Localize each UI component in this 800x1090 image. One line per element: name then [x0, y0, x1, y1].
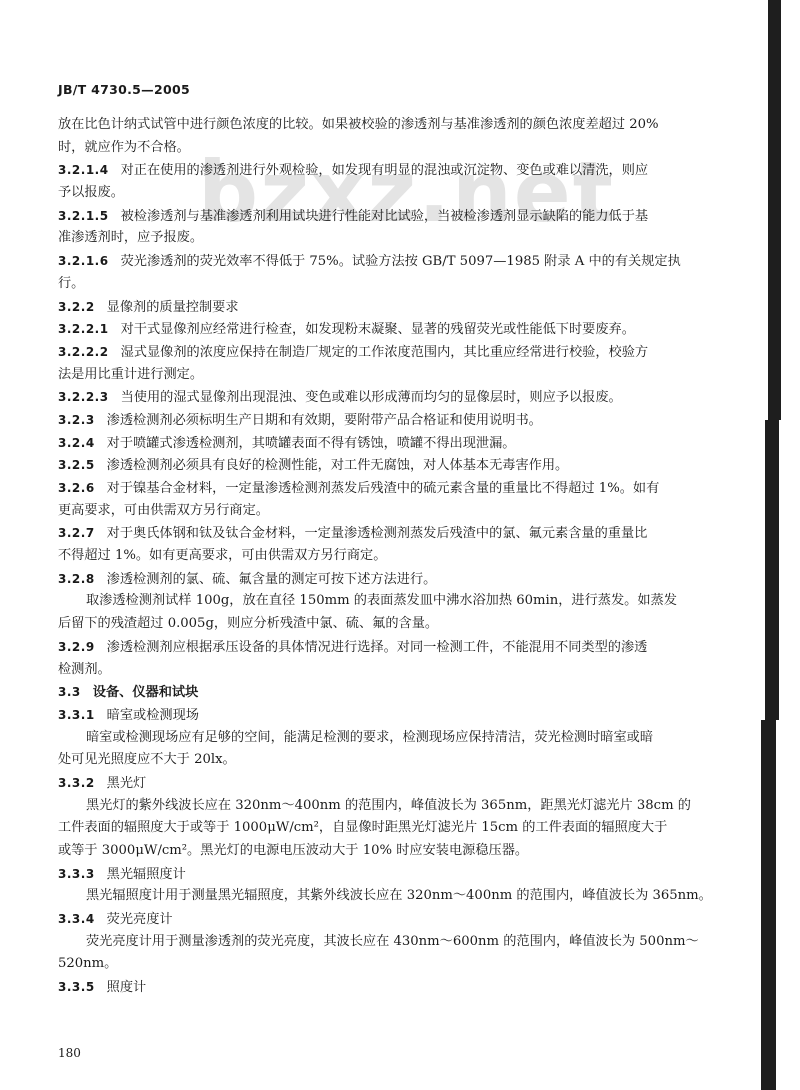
- text-line: 黑光灯的紫外线波长应在 320nm～400nm 的范围内，峰值波长为 365nm…: [58, 795, 744, 818]
- clause-line: 3.3.4荧光亮度计: [58, 908, 744, 931]
- text-line: 予以报废。: [58, 182, 744, 205]
- clause-number: 3.2.5: [58, 454, 95, 477]
- scan-edge-bar: [768, 0, 781, 420]
- line-text: 后留下的残渣超过 0.005g，则应分析残渣中氯、硫、氟的含量。: [58, 616, 438, 631]
- scan-edge-bar: [765, 420, 779, 720]
- clause-number: 3.3.1: [58, 704, 95, 727]
- text-line: 更高要求，可由供需双方另行商定。: [58, 500, 744, 523]
- clause-line: 3.3.2黑光灯: [58, 772, 744, 795]
- text-line: 取渗透检测剂试样 100g，放在直径 150mm 的表面蒸发皿中沸水浴加热 60…: [58, 590, 744, 613]
- document-body: 放在比色计纳式试管中进行颜色浓度的比较。如果被校验的渗透剂与基准渗透剂的颜色浓度…: [58, 114, 744, 999]
- page-number: 180: [58, 1046, 81, 1060]
- clause-line: 3.3.3黑光辐照度计: [58, 863, 744, 886]
- line-text: 对干式显像剂应经常进行检查，如发现粉末凝聚、显著的残留荧光或性能低下时要废弃。: [121, 322, 635, 337]
- clause-number: 3.3: [58, 681, 81, 704]
- line-text: 时，就应作为不合格。: [58, 140, 190, 155]
- line-text: 渗透检测剂必须具有良好的检测性能，对工件无腐蚀，对人体基本无毒害作用。: [107, 458, 569, 473]
- clause-number: 3.2.2.3: [58, 386, 109, 409]
- clause-line: 3.2.2显像剂的质量控制要求: [58, 296, 744, 319]
- clause-line: 3.2.2.2湿式显像剂的浓度应保持在制造厂规定的工作浓度范围内，其比重应经常进…: [58, 341, 744, 364]
- clause-line: 3.2.6对于镍基合金材料，一定量渗透检测剂蒸发后残渣中的硫元素含量的重量比不得…: [58, 477, 744, 500]
- standard-header: JB/T 4730.5—2005: [58, 82, 190, 97]
- clause-number: 3.2.8: [58, 568, 95, 591]
- clause-line: 3.3.5照度计: [58, 976, 744, 999]
- clause-line: 3.2.8渗透检测剂的氯、硫、氟含量的测定可按下述方法进行。: [58, 568, 744, 591]
- line-text: 工件表面的辐照度大于或等于 1000μW/cm²，自显像时距黑光灯滤光片 15c…: [58, 820, 667, 835]
- text-line: 后留下的残渣超过 0.005g，则应分析残渣中氯、硫、氟的含量。: [58, 613, 744, 636]
- line-text: 不得超过 1%。如有更高要求，可由供需双方另行商定。: [58, 548, 386, 563]
- scan-edge-bar: [761, 720, 776, 1090]
- line-text: 对于喷罐式渗透检测剂，其喷罐表面不得有锈蚀，喷罐不得出现泄漏。: [107, 436, 516, 451]
- text-line: 时，就应作为不合格。: [58, 137, 744, 160]
- line-text: 或等于 3000μW/cm²。黑光灯的电源电压波动大于 10% 时应安装电源稳压…: [58, 843, 528, 858]
- line-text: 法是用比重计进行测定。: [58, 367, 203, 382]
- clause-number: 3.3.4: [58, 908, 95, 931]
- clause-line: 3.3设备、仪器和试块: [58, 681, 744, 704]
- clause-line: 3.2.1.6荧光渗透剂的荧光效率不得低于 75%。试验方法按 GB/T 509…: [58, 250, 744, 273]
- line-text: 荧光亮度计用于测量渗透剂的荧光亮度，其波长应在 430nm～600nm 的范围内…: [86, 934, 699, 949]
- clause-number: 3.3.2: [58, 772, 95, 795]
- clause-number: 3.2.6: [58, 477, 95, 500]
- line-text: 黑光辐照度计用于测量黑光辐照度，其紫外线波长应在 320nm～400nm 的范围…: [86, 888, 712, 903]
- clause-number: 3.3.5: [58, 976, 95, 999]
- text-line: 工件表面的辐照度大于或等于 1000μW/cm²，自显像时距黑光灯滤光片 15c…: [58, 817, 744, 840]
- text-line: 或等于 3000μW/cm²。黑光灯的电源电压波动大于 10% 时应安装电源稳压…: [58, 840, 744, 863]
- line-text: 处可见光照度应不大于 20lx。: [58, 752, 236, 767]
- clause-number: 3.2.1.5: [58, 205, 109, 228]
- line-text: 取渗透检测剂试样 100g，放在直径 150mm 的表面蒸发皿中沸水浴加热 60…: [86, 593, 677, 608]
- line-text: 荧光渗透剂的荧光效率不得低于 75%。试验方法按 GB/T 5097—1985 …: [121, 254, 681, 269]
- line-text: 放在比色计纳式试管中进行颜色浓度的比较。如果被校验的渗透剂与基准渗透剂的颜色浓度…: [58, 117, 659, 132]
- text-line: 检测剂。: [58, 659, 744, 682]
- clause-number: 3.3.3: [58, 863, 95, 886]
- line-text: 准渗透剂时，应予报废。: [58, 230, 203, 245]
- text-line: 520nm。: [58, 953, 744, 976]
- line-text: 照度计: [107, 980, 147, 995]
- clause-line: 3.2.1.4对正在使用的渗透剂进行外观检验，如发现有明显的混浊或沉淀物、变色或…: [58, 159, 744, 182]
- clause-number: 3.2.2.2: [58, 341, 109, 364]
- clause-line: 3.2.9渗透检测剂应根据承压设备的具体情况进行选择。对同一检测工件，不能混用不…: [58, 636, 744, 659]
- clause-number: 3.2.4: [58, 432, 95, 455]
- clause-line: 3.2.3渗透检测剂必须标明生产日期和有效期，要附带产品合格证和使用说明书。: [58, 409, 744, 432]
- clause-line: 3.2.5渗透检测剂必须具有良好的检测性能，对工件无腐蚀，对人体基本无毒害作用。: [58, 454, 744, 477]
- text-line: 处可见光照度应不大于 20lx。: [58, 749, 744, 772]
- text-line: 不得超过 1%。如有更高要求，可由供需双方另行商定。: [58, 545, 744, 568]
- line-text: 荧光亮度计: [107, 912, 173, 927]
- clause-line: 3.2.1.5被检渗透剂与基准渗透剂利用试块进行性能对比试验，当被检渗透剂显示缺…: [58, 205, 744, 228]
- line-text: 当使用的湿式显像剂出现混浊、变色或难以形成薄而均匀的显像层时，则应予以报废。: [121, 390, 622, 405]
- line-text: 渗透检测剂必须标明生产日期和有效期，要附带产品合格证和使用说明书。: [107, 413, 542, 428]
- clause-number: 3.2.2: [58, 296, 95, 319]
- line-text: 更高要求，可由供需双方另行商定。: [58, 503, 269, 518]
- text-line: 荧光亮度计用于测量渗透剂的荧光亮度，其波长应在 430nm～600nm 的范围内…: [58, 931, 744, 954]
- line-text: 暗室或检测现场应有足够的空间，能满足检测的要求，检测现场应保持清洁，荧光检测时暗…: [86, 730, 653, 745]
- clause-number: 3.2.1.6: [58, 250, 109, 273]
- clause-number: 3.2.2.1: [58, 318, 109, 341]
- line-text: 黑光辐照度计: [107, 867, 186, 882]
- line-text: 检测剂。: [58, 662, 111, 677]
- line-text: 渗透检测剂的氯、硫、氟含量的测定可按下述方法进行。: [107, 572, 437, 587]
- clause-number: 3.2.9: [58, 636, 95, 659]
- line-text: 对于镍基合金材料，一定量渗透检测剂蒸发后残渣中的硫元素含量的重量比不得超过 1%…: [107, 481, 660, 496]
- line-text: 520nm。: [58, 956, 117, 971]
- clause-line: 3.2.4对于喷罐式渗透检测剂，其喷罐表面不得有锈蚀，喷罐不得出现泄漏。: [58, 432, 744, 455]
- clause-number: 3.2.3: [58, 409, 95, 432]
- line-text: 对于奥氏体钢和钛及钛合金材料，一定量渗透检测剂蒸发后残渣中的氯、氟元素含量的重量…: [107, 526, 648, 541]
- line-text: 对正在使用的渗透剂进行外观检验，如发现有明显的混浊或沉淀物、变色或难以清洗，则应: [121, 163, 649, 178]
- line-text: 暗室或检测现场: [107, 708, 199, 723]
- line-text: 行。: [58, 276, 84, 291]
- line-text: 黑光灯: [107, 776, 147, 791]
- line-text: 被检渗透剂与基准渗透剂利用试块进行性能对比试验，当被检渗透剂显示缺陷的能力低于基: [121, 209, 649, 224]
- text-line: 暗室或检测现场应有足够的空间，能满足检测的要求，检测现场应保持清洁，荧光检测时暗…: [58, 727, 744, 750]
- clause-line: 3.3.1暗室或检测现场: [58, 704, 744, 727]
- line-text: 湿式显像剂的浓度应保持在制造厂规定的工作浓度范围内，其比重应经常进行校验，校验方: [121, 345, 649, 360]
- text-line: 放在比色计纳式试管中进行颜色浓度的比较。如果被校验的渗透剂与基准渗透剂的颜色浓度…: [58, 114, 744, 137]
- line-text: 设备、仪器和试块: [93, 685, 199, 700]
- text-line: 黑光辐照度计用于测量黑光辐照度，其紫外线波长应在 320nm～400nm 的范围…: [58, 885, 744, 908]
- clause-line: 3.2.2.1对干式显像剂应经常进行检查，如发现粉末凝聚、显著的残留荧光或性能低…: [58, 318, 744, 341]
- line-text: 予以报废。: [58, 185, 124, 200]
- clause-number: 3.2.7: [58, 522, 95, 545]
- document-page: bzxz.net JB/T 4730.5—2005 放在比色计纳式试管中进行颜色…: [0, 0, 800, 1090]
- line-text: 渗透检测剂应根据承压设备的具体情况进行选择。对同一检测工件，不能混用不同类型的渗…: [107, 640, 648, 655]
- text-line: 法是用比重计进行测定。: [58, 364, 744, 387]
- clause-number: 3.2.1.4: [58, 159, 109, 182]
- line-text: 显像剂的质量控制要求: [107, 300, 239, 315]
- text-line: 行。: [58, 273, 744, 296]
- text-line: 准渗透剂时，应予报废。: [58, 227, 744, 250]
- line-text: 黑光灯的紫外线波长应在 320nm～400nm 的范围内，峰值波长为 365nm…: [86, 798, 691, 813]
- clause-line: 3.2.2.3当使用的湿式显像剂出现混浊、变色或难以形成薄而均匀的显像层时，则应…: [58, 386, 744, 409]
- clause-line: 3.2.7对于奥氏体钢和钛及钛合金材料，一定量渗透检测剂蒸发后残渣中的氯、氟元素…: [58, 522, 744, 545]
